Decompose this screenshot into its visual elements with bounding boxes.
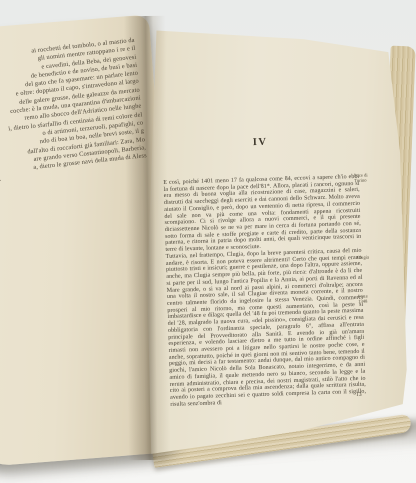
margin-note: Peste 1348 — [358, 293, 402, 305]
book-photo: ai rocchetti del tombolo, o al mastio da… — [0, 0, 416, 483]
body-paragraph: E così, poiché 1401 meno 17 fa qualcosa … — [163, 174, 361, 254]
right-page: IV E così, poiché 1401 meno 17 fa qualco… — [146, 24, 408, 456]
right-page-text: IV E così, poiché 1401 meno 17 fa qualco… — [162, 134, 366, 408]
spine-gutter-shadow — [124, 16, 171, 460]
margin-note: Clugia — [357, 254, 401, 261]
body-paragraph: Tuttavia, nel frattempo, Clugia, dopo la… — [166, 248, 367, 409]
page-number: 13 — [356, 392, 362, 398]
chapter-heading: IV — [162, 134, 358, 152]
margin-note: Pace di Torino — [354, 172, 398, 184]
